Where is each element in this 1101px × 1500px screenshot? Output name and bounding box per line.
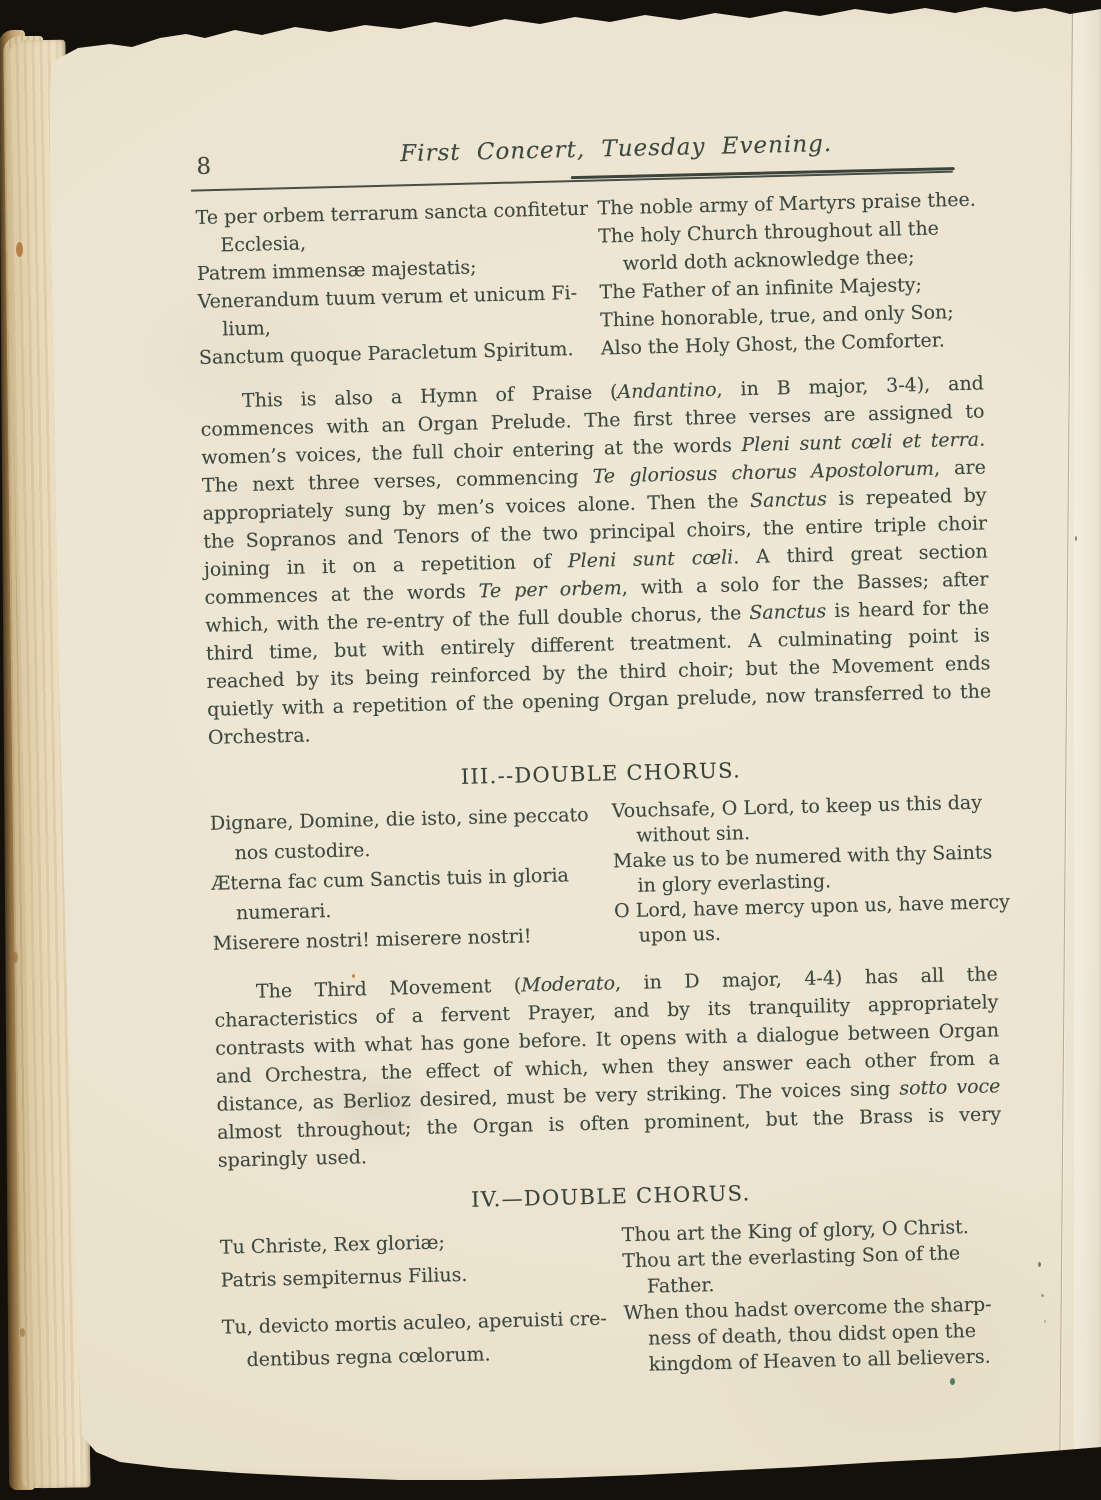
italic-phrase: Sanctus xyxy=(749,600,826,624)
latin-column: Te per orbem terrarum sancta confiteturE… xyxy=(195,195,595,372)
verse-section-te-deum: Te per orbem terrarum sancta confiteturE… xyxy=(195,186,983,372)
italic-phrase: sotto voce xyxy=(899,1075,1000,1099)
ink-speck xyxy=(950,1378,955,1385)
italic-phrase: Andantino xyxy=(617,379,717,403)
commentary-paragraph-third-movement: The Third Movement (Moderato, in D major… xyxy=(214,960,1002,1174)
foxing-spot xyxy=(16,242,23,257)
latin-column: Tu Christe, Rex gloriæ;Patris sempiternu… xyxy=(220,1222,620,1387)
latin-column: Dignare, Domine, die isto, sine peccaton… xyxy=(210,799,609,958)
italic-phrase: Moderato xyxy=(521,972,615,996)
italic-phrase: Te per orbem xyxy=(479,577,622,602)
verse-section-fourth-chorus: Tu Christe, Rex gloriæ;Patris sempiternu… xyxy=(220,1213,1007,1387)
page-number: 8 xyxy=(196,154,211,180)
italic-phrase: Pleni sunt cœli et terra xyxy=(741,429,979,457)
italic-phrase: Pleni sunt cœli xyxy=(568,546,734,572)
ink-speck xyxy=(1044,1320,1046,1323)
commentary-paragraph-hymn-of-praise: This is also a Hymn of Praise (Andantino… xyxy=(200,369,992,751)
ink-speck xyxy=(1041,1294,1044,1297)
scanner-background: { "scan": { "paper_color": "#ece4d0", "i… xyxy=(0,0,1101,1500)
english-column: Thou art the King of glory, O Christ.Tho… xyxy=(621,1213,1007,1378)
ink-speck xyxy=(1075,536,1077,541)
text-run: almost throughout; the Organ is often pr… xyxy=(217,1103,1001,1171)
italic-phrase: Sanctus xyxy=(750,488,827,512)
section-heading-fourth-chorus: IV.—DOUBLE CHORUS. xyxy=(219,1175,1003,1217)
text-run: This is also a Hymn of Praise ( xyxy=(242,381,618,412)
section-heading-third-chorus: III.--DOUBLE CHORUS. xyxy=(209,752,993,794)
english-column: Vouchsafe, O Lord, to keep us this daywi… xyxy=(612,790,1011,949)
foxing-spot xyxy=(20,1328,25,1337)
book-page: 8 First Concert, Tuesday Evening. Te per… xyxy=(0,0,1101,1500)
fold-crease xyxy=(1059,10,1073,1455)
text-run: The Third Movement ( xyxy=(256,975,522,1003)
page-right-margin-band xyxy=(1074,6,1101,1451)
running-title: First Concert, Tuesday Evening. xyxy=(194,128,978,172)
verse-section-third-chorus: Dignare, Domine, die isto, sine peccaton… xyxy=(210,790,997,958)
english-column: The noble army of Martyrs praise thee.Th… xyxy=(597,186,983,363)
page-content: 8 First Concert, Tuesday Evening. Te per… xyxy=(194,128,1007,1388)
ink-speck xyxy=(1038,1262,1041,1267)
italic-phrase: Te gloriosus chorus Apostolorum xyxy=(592,458,934,488)
foxing-spot xyxy=(13,952,18,963)
